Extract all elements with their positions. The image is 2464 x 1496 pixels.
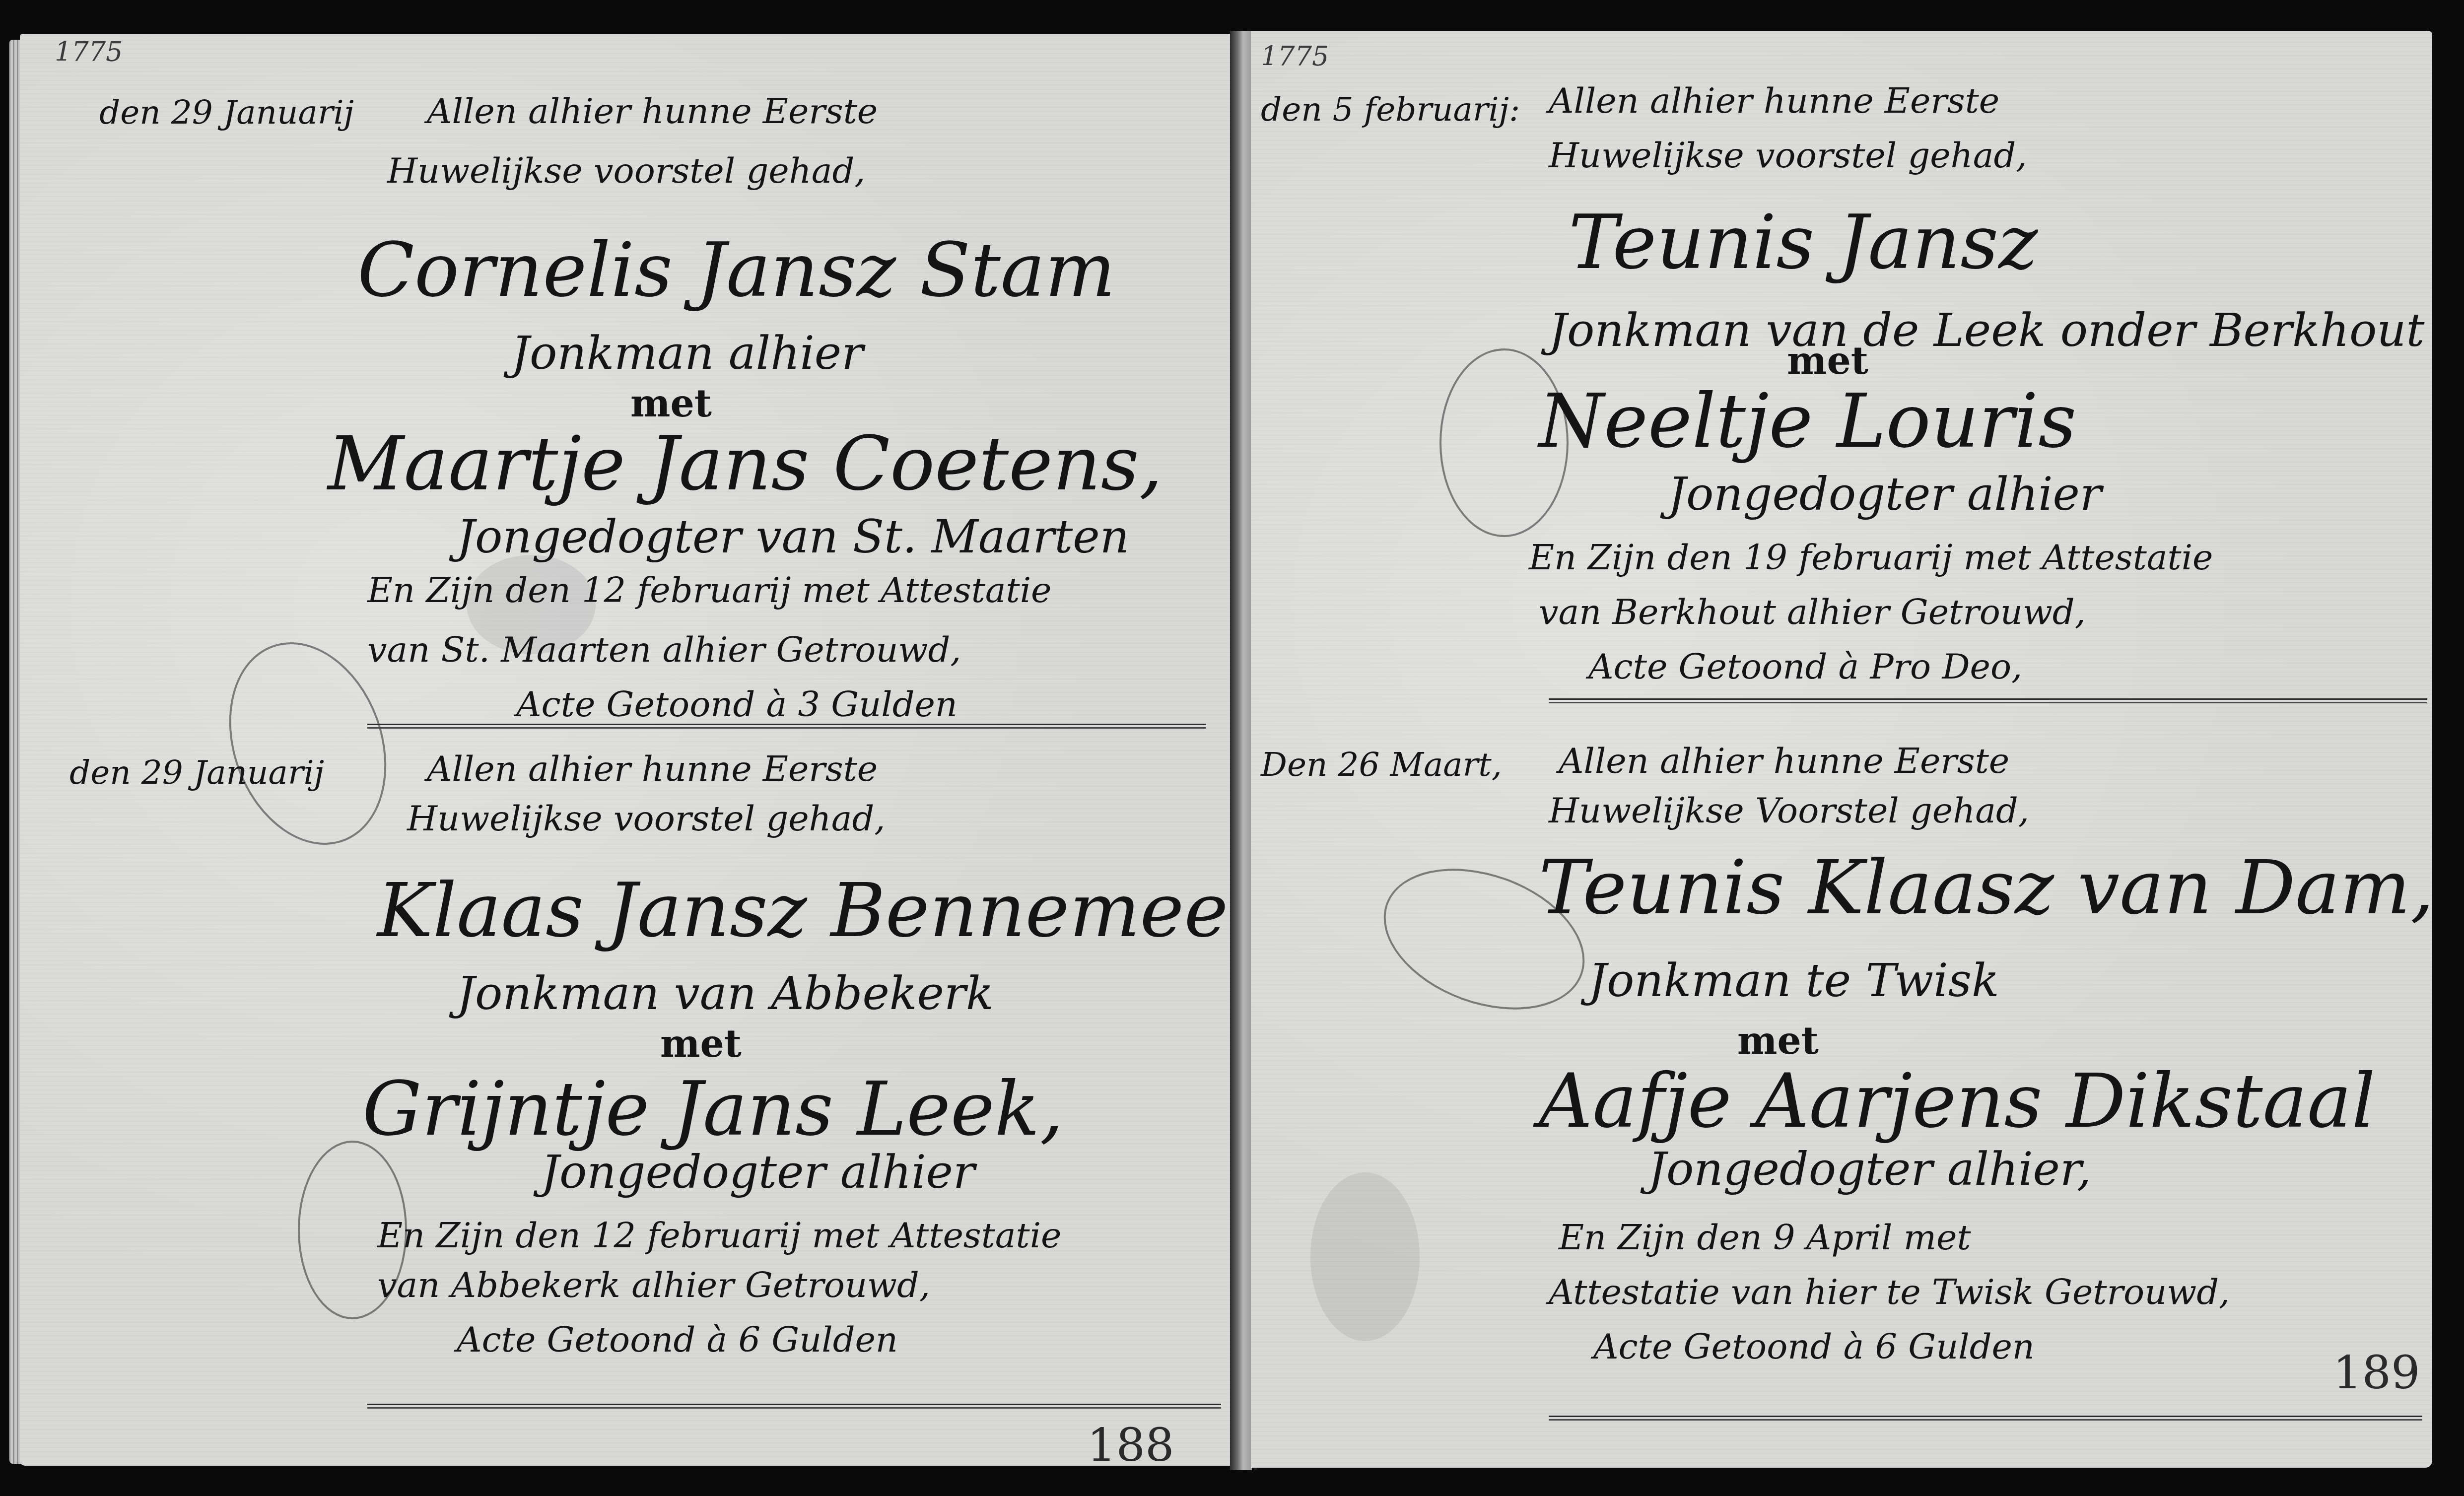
entry-divider (367, 724, 1206, 729)
bride-name: Neeltje Louris (1539, 378, 2076, 465)
year-heading: 1775 (55, 36, 123, 68)
met-connector: met (630, 381, 712, 425)
entry-preamble-line-2: Huwelijkse voorstel gehad, (387, 150, 866, 191)
entry-preamble-line-1: Allen alhier hunne Eerste (427, 748, 878, 789)
marriage-line-1: En Zijn den 19 februarij met Attestatie (1529, 537, 2213, 578)
marriage-line-2: van Berkhout alhier Getrouwd, (1539, 592, 2086, 632)
paper-stain (1310, 1172, 1420, 1341)
bride-status: Jongedogter alhier (1668, 468, 2102, 521)
book-spine (1230, 31, 1252, 1470)
entry-date: Den 26 Maart, (1261, 746, 1502, 784)
bride-status: Jongedogter van St. Maarten (457, 510, 1129, 563)
bride-status: Jongedogter alhier (541, 1146, 975, 1199)
entry-preamble-line-2: Huwelijkse voorstel gehad, (407, 798, 886, 839)
folio-number: 189 (2333, 1346, 2420, 1399)
entry-preamble-line-1: Allen alhier hunne Eerste (1549, 80, 1999, 121)
groom-name: Teunis Jansz (1569, 200, 2038, 286)
bride-name: Maartje Jans Coetens, (328, 421, 1163, 507)
groom-status: Jonkman te Twisk (1588, 954, 1999, 1007)
fee-line: Acte Getoond à 6 Gulden (1593, 1326, 2035, 1367)
left-page: 1775 den 29 Januarij Allen alhier hunne … (20, 34, 1251, 1466)
met-connector: met (1787, 339, 1868, 383)
entry-preamble-line-1: Allen alhier hunne Eerste (1559, 741, 2009, 781)
marriage-line-1: En Zijn den 12 februarij met Attestatie (377, 1215, 1062, 1256)
entry-divider (1549, 698, 2427, 703)
met-connector: met (1737, 1019, 1819, 1063)
groom-status: Jonkman van de Leek onder Berkhout (1549, 304, 2425, 357)
entry-preamble-line-2: Huwelijkse Voorstel gehad, (1549, 790, 2029, 831)
marriage-line-2: van Abbekerk alhier Getrouwd, (377, 1265, 930, 1305)
entry-divider (1549, 1416, 2422, 1421)
entry-preamble-line-1: Allen alhier hunne Eerste (427, 91, 878, 132)
groom-name: Klaas Jansz Bennemeer (377, 868, 1264, 954)
groom-name: Teunis Klaasz van Dam, (1539, 845, 2434, 931)
groom-status: Jonkman van Abbekerk (457, 967, 994, 1020)
fee-line: Acte Getoond à 3 Gulden (516, 684, 958, 725)
right-page: 1775 den 5 februarij: Allen alhier hunne… (1251, 31, 2432, 1468)
bride-name: Aafje Aarjens Dikstaal (1539, 1058, 2375, 1145)
entry-preamble-line-2: Huwelijkse voorstel gehad, (1549, 135, 2027, 176)
marriage-line-1: En Zijn den 12 februarij met Attestatie (367, 570, 1052, 611)
entry-date: den 5 februarij: (1261, 90, 1520, 129)
bride-name: Grijntje Jans Leek, (362, 1066, 1063, 1153)
entry-divider (367, 1404, 1221, 1409)
bride-status: Jongedogter alhier, (1648, 1143, 2091, 1196)
folio-number: 188 (1087, 1419, 1174, 1472)
groom-status: Jonkman alhier (511, 327, 863, 380)
marriage-line-2: van St. Maarten alhier Getrouwd, (367, 629, 961, 670)
groom-name: Cornelis Jansz Stam (357, 227, 1115, 314)
fee-line: Acte Getoond à 6 Gulden (457, 1319, 898, 1360)
marriage-line-1: En Zijn den 9 April met (1559, 1217, 1971, 1258)
fee-line: Acte Getoond à Pro Deo, (1588, 646, 2022, 687)
met-connector: met (660, 1021, 742, 1066)
year-heading: 1775 (1261, 41, 1329, 72)
marriage-line-2: Attestatie van hier te Twisk Getrouwd, (1549, 1272, 2230, 1312)
entry-date: den 29 Januarij (99, 93, 354, 132)
entry-date: den 29 Januarij (69, 753, 324, 792)
